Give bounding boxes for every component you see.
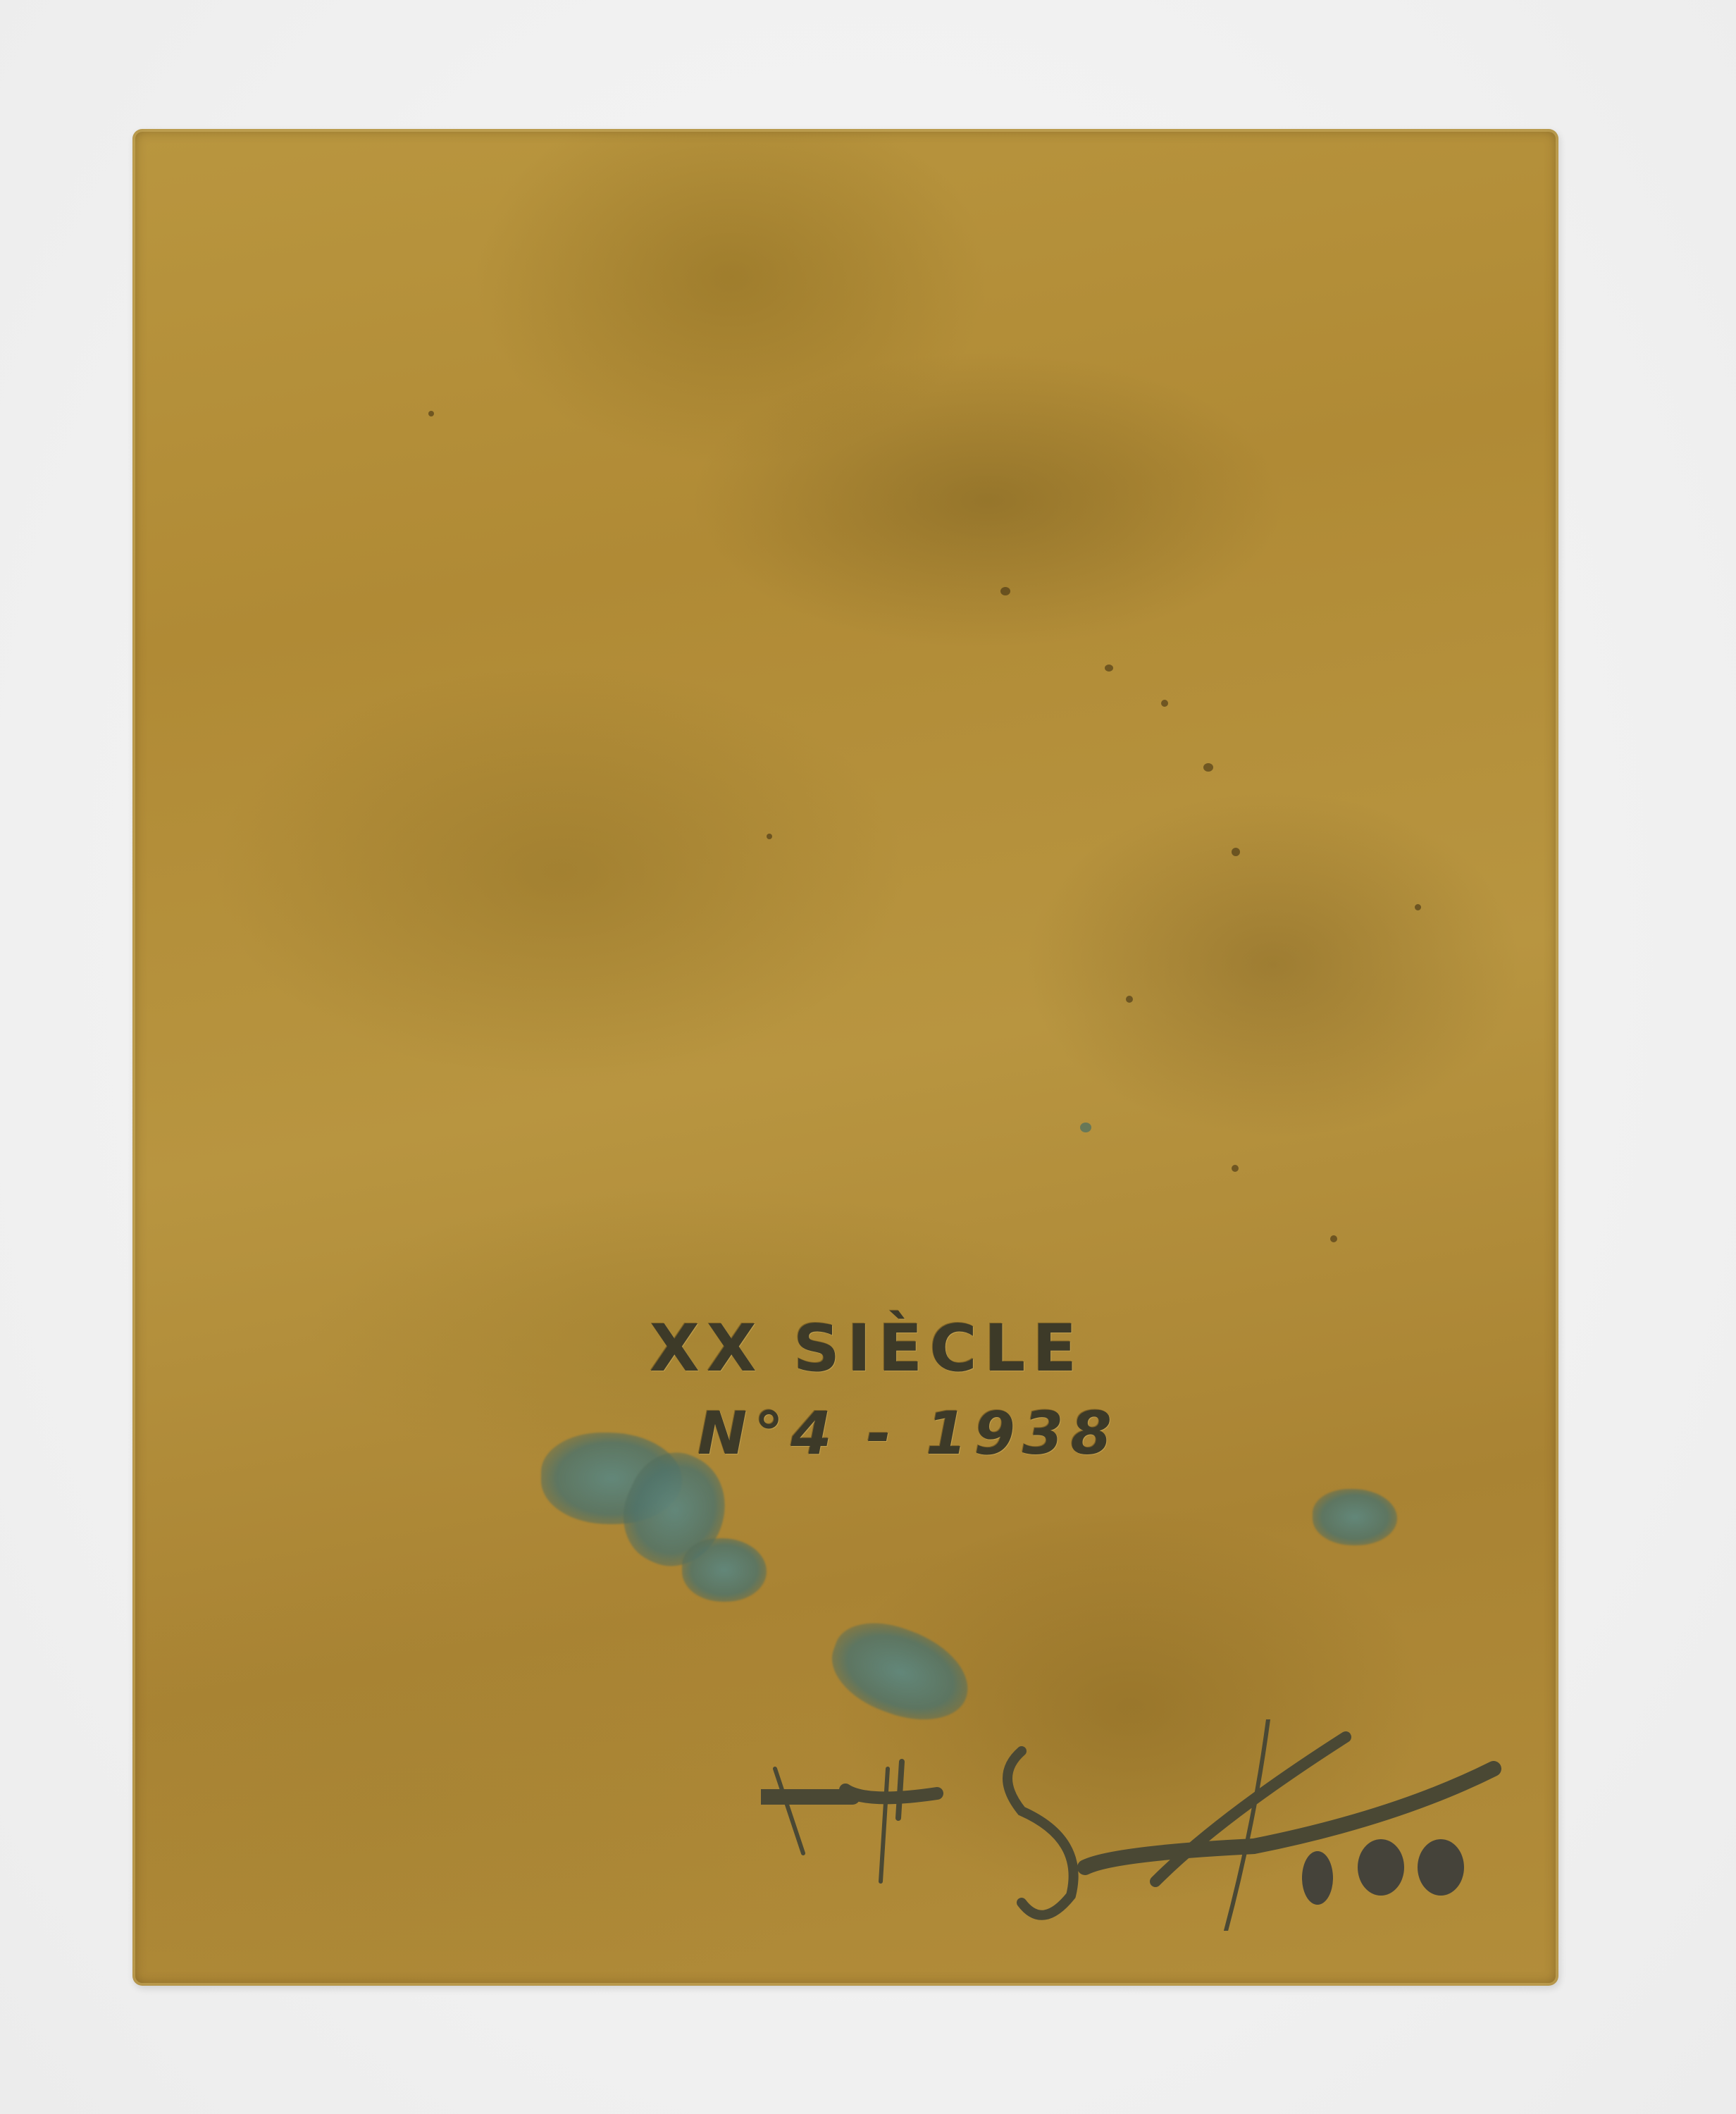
patina-speck — [1232, 848, 1240, 856]
bronze-plaque — [132, 129, 1558, 1986]
engraved-signature — [761, 1719, 1522, 1931]
patina-speck — [1330, 1235, 1337, 1242]
verdigris-patch — [682, 1538, 767, 1602]
verdigris-patch — [1313, 1489, 1397, 1545]
patina-speck — [1105, 665, 1113, 672]
patina-speck — [428, 411, 434, 416]
patina-speck — [1415, 904, 1421, 910]
verdigris-patch — [820, 1608, 981, 1736]
patina-speck — [1161, 700, 1168, 707]
patina-speck — [1080, 1123, 1091, 1132]
patina-speck — [1232, 1165, 1239, 1172]
patina-speck — [1000, 587, 1010, 595]
patina-speck — [1203, 763, 1213, 772]
patina-speck — [767, 834, 772, 839]
inscription-number-year: N°4 - 1938 — [697, 1399, 1119, 1468]
patina-speck — [1126, 996, 1133, 1003]
inscription-title: XX SIÈCLE — [650, 1311, 1084, 1386]
